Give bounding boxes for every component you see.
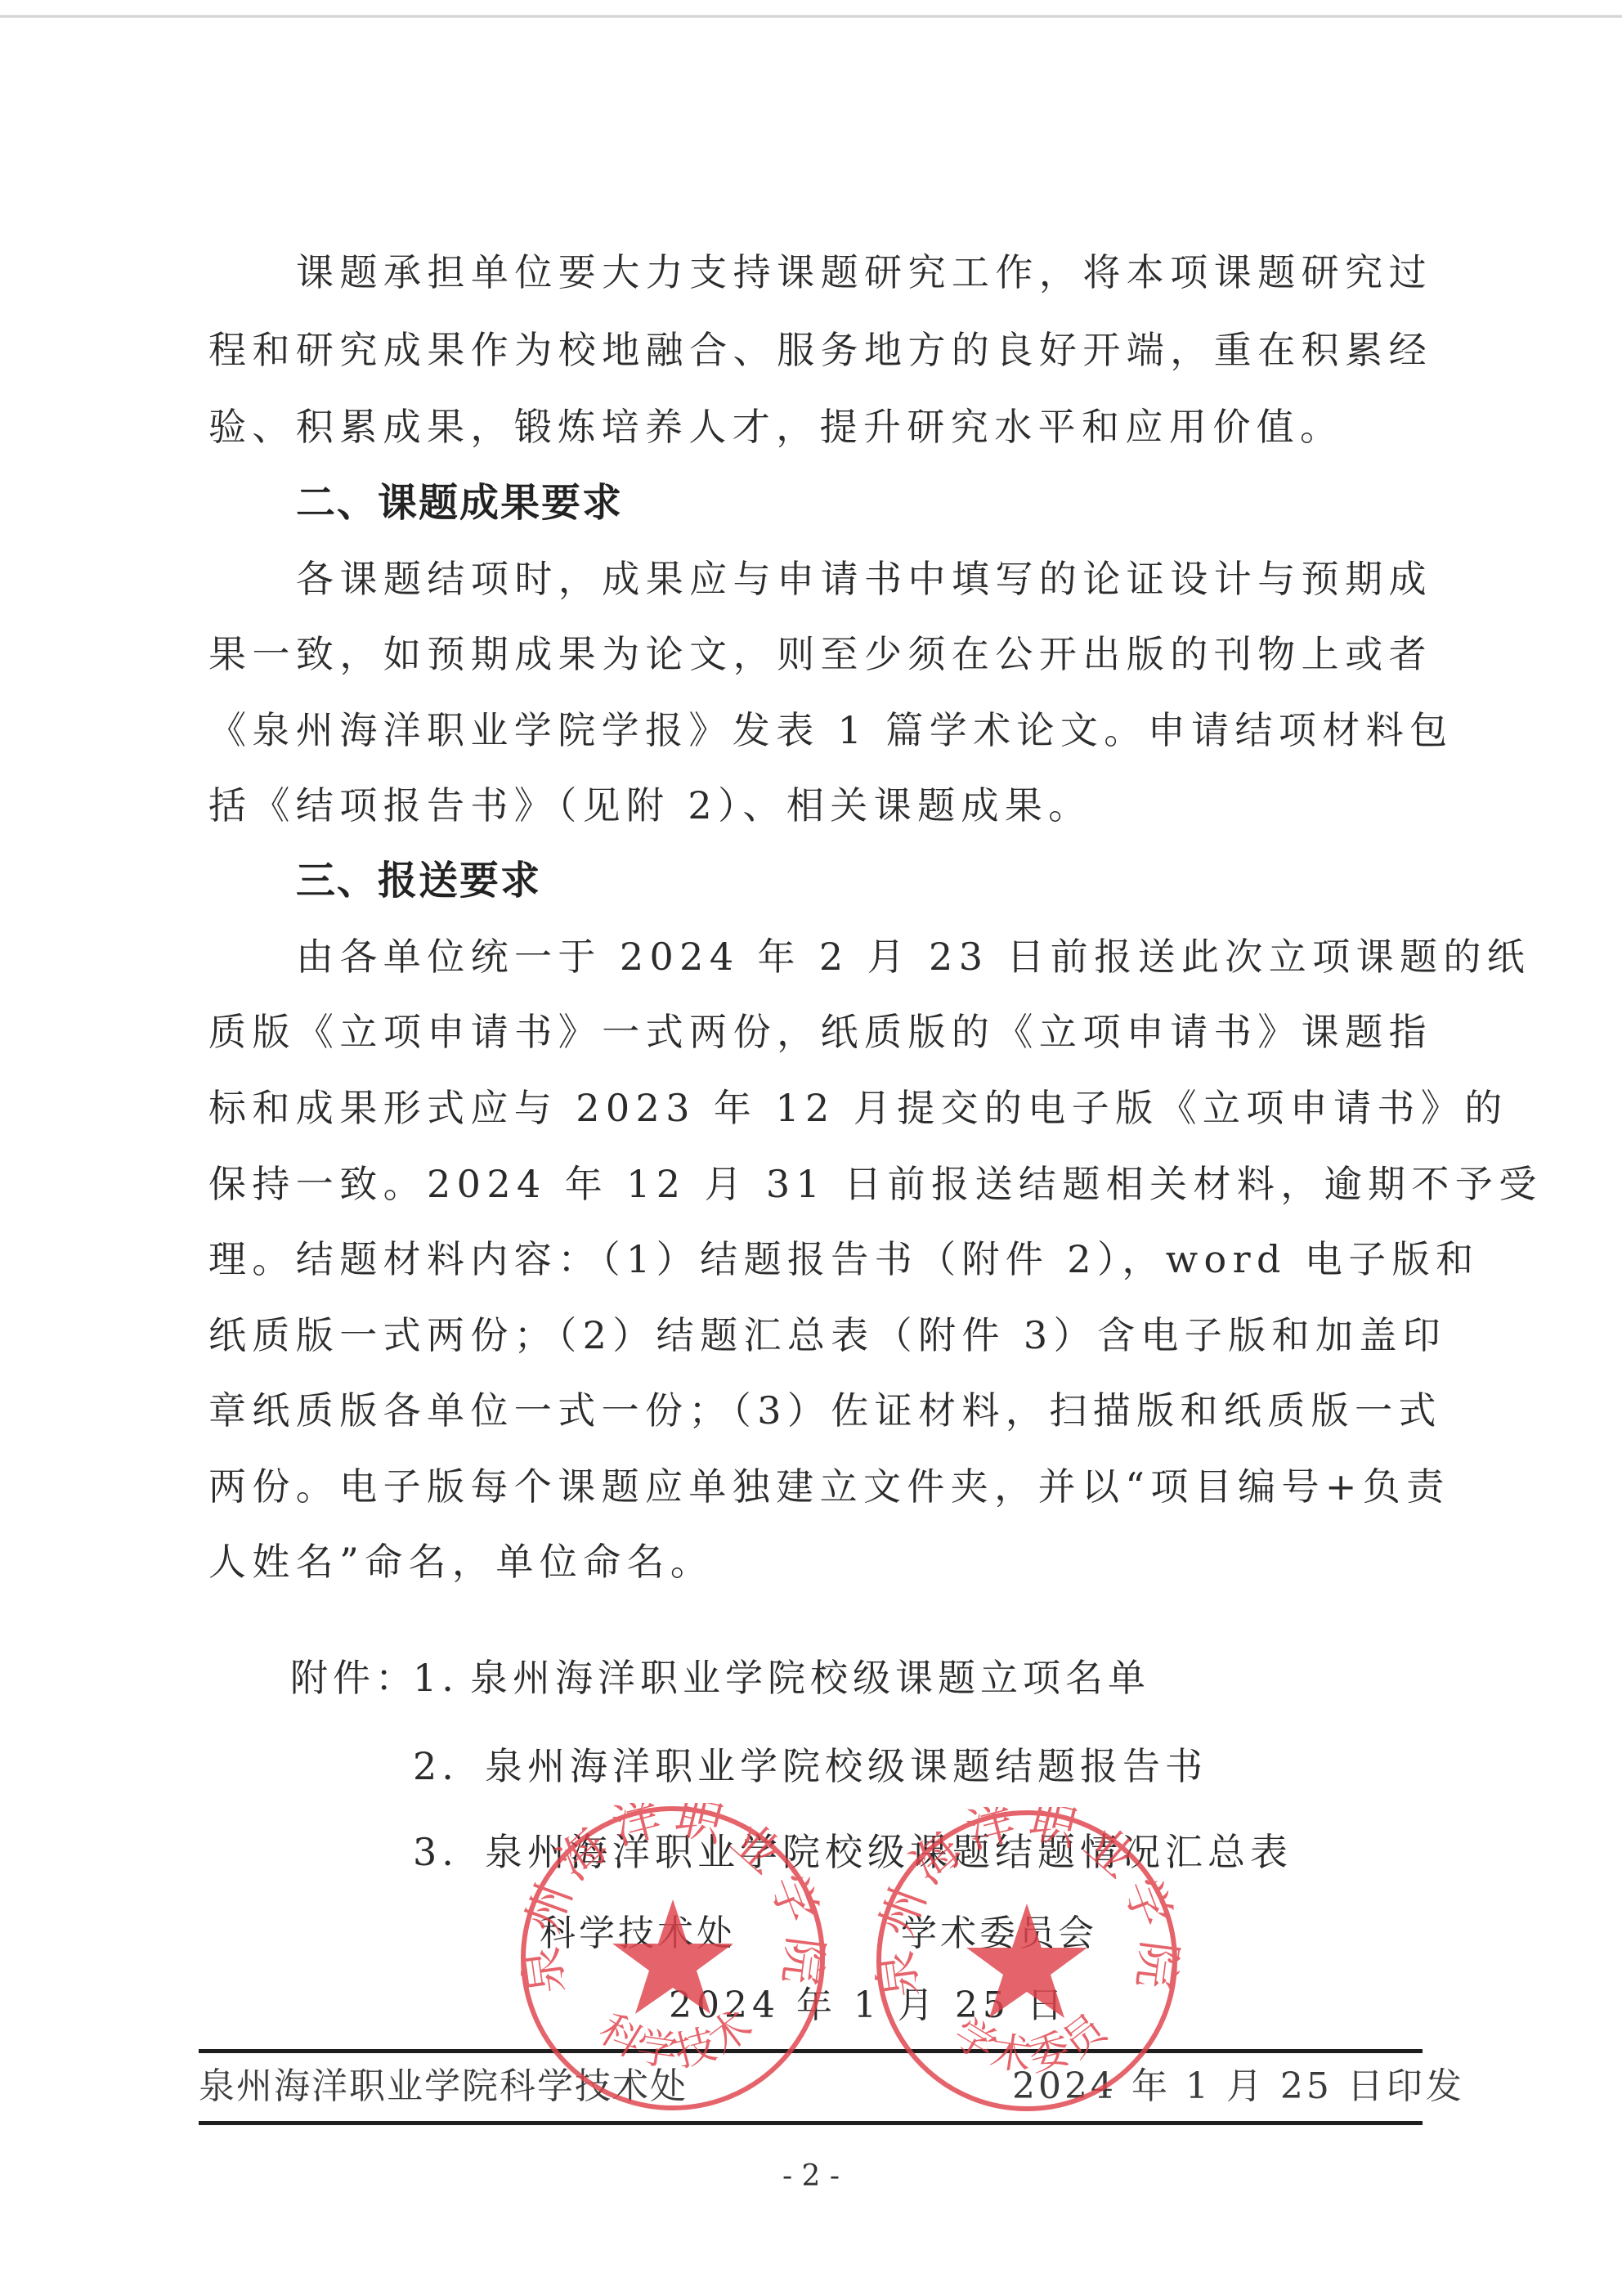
paragraph-line: 程和研究成果作为校地融合、服务地方的良好开端，重在积累经 [208, 325, 1432, 374]
paragraph-line: 两份。电子版每个课题应单独建立文件夹，并以“项目编号+负责 [208, 1462, 1432, 1511]
paragraph-line: 由各单位统一于 2024 年 2 月 23 日前报送此次立项课题的纸 [296, 932, 1432, 981]
attachment-title: 泉州海洋职业学院校级课题结题报告书 [485, 1742, 1208, 1791]
attachment-number: 1. [413, 1653, 459, 1702]
scan-top-edge [0, 15, 1622, 18]
paragraph-line: 标和成果形式应与 2023 年 12 月提交的电子版《立项申请书》的 [208, 1083, 1432, 1132]
signature-issuer-academic-committee: 学术委员会 [901, 1911, 1097, 1957]
paragraph-line: 各课题结项时，成果应与申请书中填写的论证设计与预期成 [296, 554, 1432, 603]
paragraph-line: 章纸质版各单位一式一份；（3）佐证材料，扫描版和纸质版一式 [208, 1386, 1432, 1435]
paragraph-line: 括《结项报告书》（见附 2）、相关课题成果。 [208, 781, 1432, 830]
attachment-number: 2. [413, 1742, 459, 1791]
paragraph-line: 课题承担单位要大力支持课题研究工作，将本项课题研究过 [296, 248, 1432, 297]
paragraph-line: 理。结题材料内容：（1）结题报告书（附件 2），word 电子版和 [208, 1235, 1432, 1284]
paragraph-line: 保持一致。2024 年 12 月 31 日前报送结题相关材料，逾期不予受 [208, 1159, 1432, 1209]
paragraph-line: 人姓名”命名，单位命名。 [208, 1537, 1432, 1586]
footer-print-date: 2024 年 1 月 25 日印发 [1012, 2064, 1465, 2110]
signature-date: 2024 年 1 月 25 日 [669, 1983, 1068, 2029]
attachments-label: 附件： [290, 1653, 418, 1702]
signature-issuer-science-tech: 科学技术处 [540, 1911, 736, 1957]
attachment-title: 泉州海洋职业学院校级课题立项名单 [470, 1653, 1150, 1702]
paragraph-line: 质版《立项申请书》一式两份，纸质版的《立项申请书》课题指 [208, 1007, 1432, 1056]
footer-top-rule [199, 2049, 1423, 2053]
section-heading-results: 二、课题成果要求 [296, 478, 623, 527]
paragraph-line: 纸质版一式两份；（2）结题汇总表（附件 3）含电子版和加盖印 [208, 1311, 1432, 1360]
page-number: - 2 - [770, 2159, 852, 2195]
attachment-number: 3. [413, 1827, 459, 1877]
paragraph-line: 验、积累成果，锻炼培养人才，提升研究水平和应用价值。 [208, 402, 1432, 451]
paragraph-line: 果一致，如预期成果为论文，则至少须在公开出版的刊物上或者 [208, 630, 1432, 679]
paragraph-line: 《泉州海洋职业学院学报》发表 1 篇学术论文。申请结项材料包 [208, 706, 1432, 755]
footer-issuing-office: 泉州海洋职业学院科学技术处 [199, 2064, 688, 2110]
footer-bottom-rule [199, 2121, 1423, 2125]
attachment-title: 泉州海洋职业学院校级课题结题情况汇总表 [485, 1827, 1293, 1877]
section-heading-submission: 三、报送要求 [296, 856, 541, 905]
